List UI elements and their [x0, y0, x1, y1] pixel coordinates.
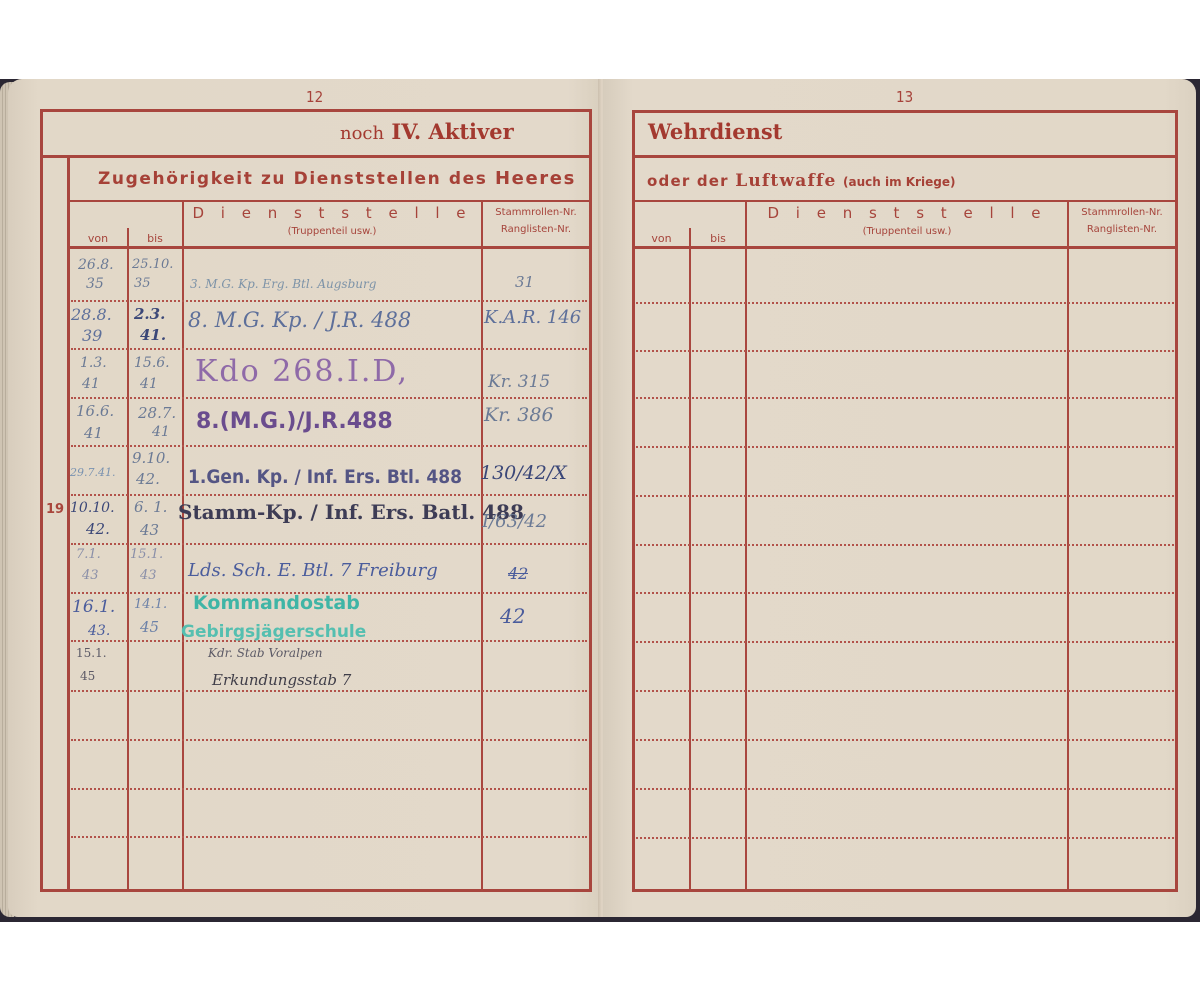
entry-bis-year: 43 [140, 568, 157, 583]
page-number-left: 12 [306, 88, 323, 106]
left-page-subtitle: Zugehörigkeit zu Dienststellen des Heere… [98, 168, 576, 189]
entry-von: 28.8. [71, 305, 112, 324]
subtitle-bold: Heeres [495, 168, 576, 189]
entry-von: 16.1. [72, 597, 115, 617]
col-header-dienststelle: D i e n s t s t e l l e [747, 204, 1067, 222]
col-header-bis: bis [129, 232, 181, 245]
entry-dienststelle-stamp: 8.(M.G.)/J.R.488 [196, 409, 393, 434]
entry-bis: 14.1. [134, 597, 167, 612]
entry-bis-year: 42. [136, 470, 160, 488]
entry-bis: 15.6. [134, 355, 170, 371]
left-page-title: noch IV. Aktiver [340, 119, 514, 144]
col-header-dienststelle: D i e n s t s t e l l e [184, 204, 480, 222]
entry-bis-year: 41. [140, 326, 166, 344]
entry-von: 7.1. [76, 547, 101, 562]
entry-bis: 2.3. [134, 305, 165, 323]
entry-nr: 31 [515, 273, 534, 291]
entry-von-year: 41 [82, 376, 100, 392]
entry-dienststelle-stamp: Kdo 268.I.D, [195, 354, 409, 389]
entry-dienststelle-stamp-2: Gebirgsjägerschule [181, 622, 366, 642]
entry-von-year: 35 [86, 276, 104, 292]
entry-bis-year: 45 [140, 618, 159, 636]
left-colheader-divider [67, 246, 591, 249]
entry-nr: Kr. 315 [488, 372, 550, 392]
entry-von-year: 43 [82, 568, 99, 583]
entry-von: 26.8. [78, 257, 114, 273]
entry-von-year: 41 [84, 424, 103, 442]
subtitle-bold: Luftwaffe [735, 171, 836, 191]
left-margin-line [67, 155, 70, 892]
col-header-von: von [634, 232, 689, 245]
col-header-ranglisten: Ranglisten-Nr. [482, 224, 590, 235]
entry-bis-year: 35 [134, 276, 151, 291]
left-subheader-divider [67, 200, 591, 202]
entry-von: 10.10. [70, 500, 115, 516]
col-header-dienststelle-sub: (Truppenteil usw.) [747, 226, 1067, 237]
entry-von-year: 43. [88, 623, 110, 639]
right-colheader-divider [632, 246, 1178, 249]
entry-bis: 6. 1. [134, 498, 167, 516]
entry-von: 16.6. [76, 402, 114, 420]
side-marker-19: 19 [46, 502, 64, 517]
entry-nr: K.A.R. 146 [484, 307, 581, 328]
subtitle-note: (auch im Kriege) [843, 175, 955, 189]
col-header-bis: bis [691, 232, 745, 245]
left-col-von-bis [127, 228, 129, 892]
entry-dienststelle-2: Erkundungsstab 7 [212, 671, 351, 689]
entry-von: 1.3. [80, 355, 107, 371]
subtitle-plain: Zugehörigkeit zu Dienststellen des [98, 169, 487, 189]
entry-von-year: 45 [80, 669, 95, 683]
subtitle-plain: oder der [647, 172, 729, 190]
entry-bis: 25.10. [132, 257, 173, 272]
entry-dienststelle: 8. M.G. Kp. / J.R. 488 [188, 308, 411, 332]
entry-bis-year: 41 [140, 376, 158, 392]
entry-von-year: 39 [82, 326, 102, 345]
entry-dienststelle: Lds. Sch. E. Btl. 7 Freiburg [188, 560, 438, 581]
entry-nr: I/63/42 [482, 511, 547, 532]
entry-dienststelle-stamp: Stamm-Kp. / Inf. Ers. Batl. 488 [178, 500, 524, 524]
col-header-dienststelle-sub: (Truppenteil usw.) [184, 226, 480, 237]
title-prefix: noch [340, 123, 384, 144]
title-main: IV. Aktiver [391, 119, 513, 144]
right-page-title: Wehrdienst [648, 119, 782, 144]
entry-dienststelle-stamp: 1.Gen. Kp. / Inf. Ers. Btl. 488 [188, 466, 462, 488]
col-header-stammrollen: Stammrollen-Nr. [482, 207, 590, 218]
entry-nr: 42 [500, 604, 525, 628]
right-col-von-bis [689, 228, 691, 892]
entry-dienststelle-stamp: Kommandostab [193, 592, 360, 614]
entry-bis-year: 41 [152, 424, 170, 440]
entry-dienststelle: Kdr. Stab Voralpen [208, 646, 322, 660]
entry-dienststelle: 3. M.G. Kp. Erg. Btl. Augsburg [190, 277, 376, 291]
entry-von-year: 42. [86, 520, 110, 538]
entry-bis-year: 43 [140, 521, 159, 539]
col-header-ranglisten: Ranglisten-Nr. [1068, 224, 1176, 235]
page-number-right: 13 [896, 88, 913, 106]
col-header-von: von [70, 232, 126, 245]
right-page-subtitle: oder der Luftwaffe (auch im Kriege) [647, 171, 955, 191]
entry-von: 29.7.41. [70, 466, 115, 479]
entry-von: 15.1. [76, 646, 107, 660]
entry-nr-struck: 42 [508, 564, 528, 583]
entry-nr: 130/42/X [480, 462, 567, 484]
entry-bis: 28.7. [138, 404, 176, 422]
entry-bis: 9.10. [132, 449, 170, 467]
col-header-stammrollen: Stammrollen-Nr. [1068, 207, 1176, 218]
right-subheader-divider [632, 200, 1178, 202]
entry-bis: 15.1. [130, 547, 163, 562]
right-title-divider [632, 155, 1178, 158]
left-title-divider [40, 155, 592, 158]
entry-nr: Kr. 386 [484, 404, 554, 426]
